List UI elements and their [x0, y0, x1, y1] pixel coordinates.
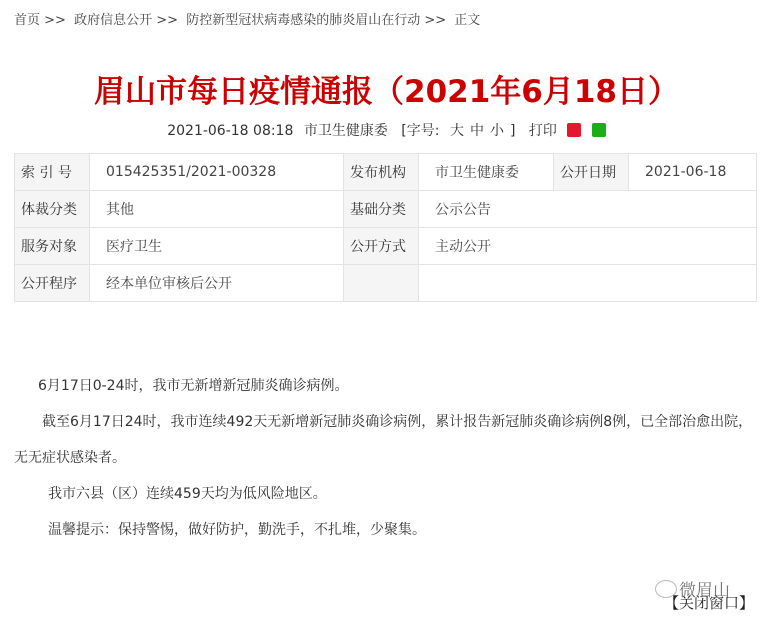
- label-publisher: 发布机构: [344, 154, 419, 191]
- table-row: 公开程序 经本单位审核后公开: [15, 265, 757, 302]
- weibo-icon[interactable]: [567, 123, 581, 137]
- publish-datetime: 2021-06-18 08:18: [167, 123, 293, 139]
- value-disclosure-method: 主动公开: [419, 228, 757, 265]
- article-body: 6月17日0-24时，我市无新增新冠肺炎确诊病例。 截至6月17日24时，我市连…: [14, 368, 759, 548]
- paragraph: 6月17日0-24时，我市无新增新冠肺炎确诊病例。: [14, 368, 759, 404]
- wechat-icon[interactable]: [592, 123, 606, 137]
- breadcrumb-separator: >>: [44, 13, 66, 28]
- table-row: 索 引 号 015425351/2021-00328 发布机构 市卫生健康委 公…: [15, 154, 757, 191]
- empty-label-cell: [344, 265, 419, 302]
- label-index-number: 索 引 号: [15, 154, 90, 191]
- label-disclosure-procedure: 公开程序: [15, 265, 90, 302]
- breadcrumb-current[interactable]: 正文: [454, 13, 480, 28]
- table-row: 体裁分类 其他 基础分类 公示公告: [15, 191, 757, 228]
- font-size-small[interactable]: 小: [490, 123, 504, 139]
- page-title: 眉山市每日疫情通报（2021年6月18日）: [0, 66, 773, 111]
- article-meta: 2021-06-18 08:18 市卫生健康委 [字号: 大中小] 打印: [0, 120, 773, 140]
- empty-value-cell: [419, 265, 757, 302]
- label-genre: 体裁分类: [15, 191, 90, 228]
- breadcrumb-gov-info[interactable]: 政府信息公开: [74, 13, 152, 28]
- paragraph: 温馨提示：保持警惕，做好防护，勤洗手，不扎堆，少聚集。: [14, 512, 759, 548]
- label-disclosure-method: 公开方式: [344, 228, 419, 265]
- print-link[interactable]: 打印: [529, 123, 557, 139]
- value-genre: 其他: [90, 191, 344, 228]
- breadcrumb-separator: >>: [424, 13, 446, 28]
- value-disclosure-procedure: 经本单位审核后公开: [90, 265, 344, 302]
- label-service-target: 服务对象: [15, 228, 90, 265]
- info-table: 索 引 号 015425351/2021-00328 发布机构 市卫生健康委 公…: [14, 153, 757, 302]
- close-window-button[interactable]: 【关闭窗口】: [664, 592, 754, 613]
- label-basic-category: 基础分类: [344, 191, 419, 228]
- paragraph: 我市六县（区）连续459天均为低风险地区。: [14, 476, 759, 512]
- font-size-medium[interactable]: 中: [470, 123, 484, 139]
- value-publisher: 市卫生健康委: [419, 154, 554, 191]
- breadcrumb-covid-section[interactable]: 防控新型冠状病毒感染的肺炎眉山在行动: [186, 13, 420, 28]
- breadcrumb-home[interactable]: 首页: [14, 13, 40, 28]
- value-service-target: 医疗卫生: [90, 228, 344, 265]
- font-size-large[interactable]: 大: [450, 123, 464, 139]
- value-publish-date: 2021-06-18: [629, 154, 757, 191]
- paragraph: 截至6月17日24时，我市连续492天无新增新冠肺炎确诊病例，累计报告新冠肺炎确…: [14, 404, 759, 476]
- value-index-number: 015425351/2021-00328: [90, 154, 344, 191]
- breadcrumb-separator: >>: [156, 13, 178, 28]
- label-publish-date: 公开日期: [554, 154, 629, 191]
- breadcrumb: 首页 >> 政府信息公开 >> 防控新型冠状病毒感染的肺炎眉山在行动 >> 正文: [14, 9, 480, 28]
- publish-source: 市卫生健康委: [304, 123, 388, 139]
- table-row: 服务对象 医疗卫生 公开方式 主动公开: [15, 228, 757, 265]
- value-basic-category: 公示公告: [419, 191, 757, 228]
- font-size-control: [字号: 大中小]: [398, 123, 518, 139]
